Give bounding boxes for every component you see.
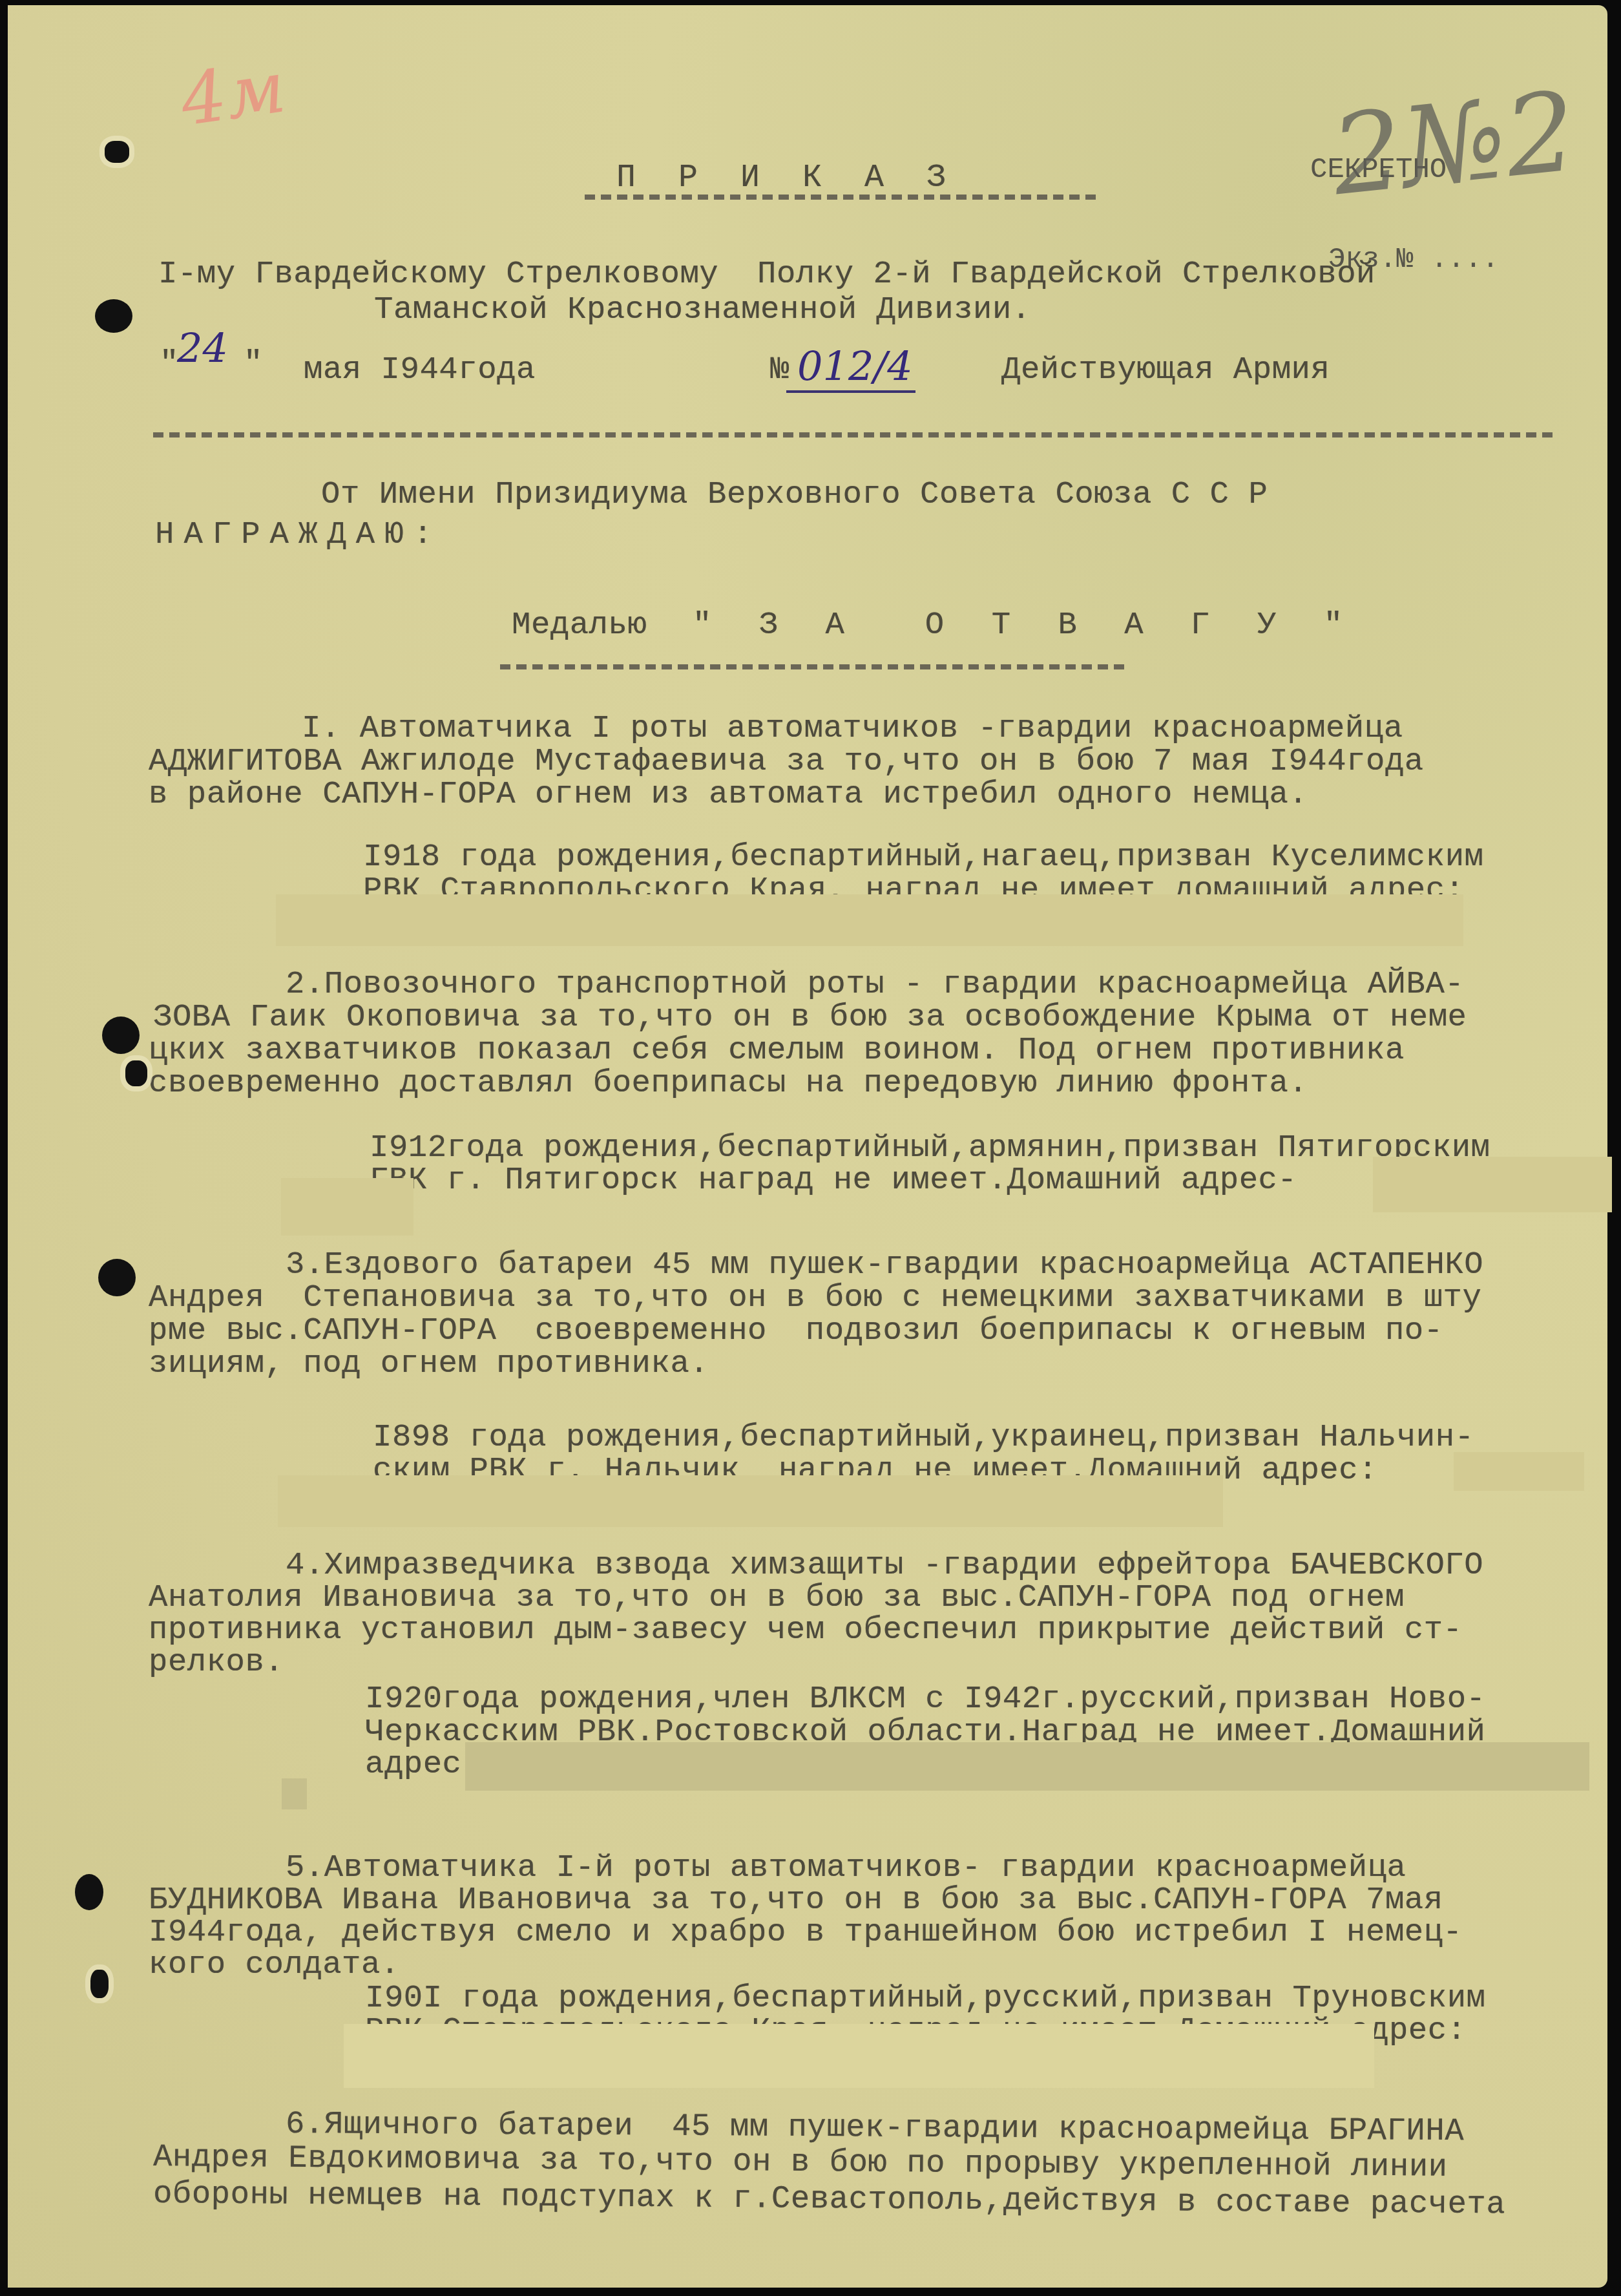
item-2-line-4: своевременно доставлял боеприпасы на пер… [149,1068,1308,1099]
item-2-bio-1: I912года рождения,беспартийный,армянин,п… [370,1132,1490,1164]
addressee-line-1: I-му Гвардейскому Стрелковому Полку 2-й … [158,258,1375,290]
punch-hole [75,1874,103,1910]
redacted-address-3b [1454,1452,1584,1491]
item-4-bio-3: адрес [365,1749,462,1780]
award-name: " З А О Т В А Г У " [693,609,1357,641]
punch-hole [125,1060,147,1086]
item-3-line-3: рме выс.САПУН-ГОРА своевременно подвозил… [149,1315,1443,1347]
item-3-line-1: 3.Ездового батареи 45 мм пушек-гвардии к… [286,1249,1483,1281]
document-title: ПРИКАЗ [616,162,988,195]
punch-hole [98,1259,136,1296]
redacted-address-4b [282,1778,307,1809]
redacted-address-1 [276,894,1463,946]
item-1-bio-1: I918 года рождения,беспартийный,нагаец,п… [363,841,1483,873]
header-divider [153,432,1555,437]
item-2-line-3: цких захватчиков показал себя смелым вои… [149,1035,1405,1066]
item-3-line-2: Андрея Степановича за то,что он в бою с … [149,1282,1481,1314]
punch-hole [95,299,132,333]
redacted-address-2a [281,1178,413,1236]
item-6-line-3: обороны немцев на подступах к г.Севастоп… [153,2178,1506,2220]
punch-hole [105,141,129,163]
item-5-bio-1: I90I года рождения,беспартийный,русский,… [365,1983,1485,2014]
item-4-line-2: Анатолия Ивановича за то,что он в бою за… [149,1582,1405,1614]
item-1-line-3: в районе САПУН-ГОРА огнем из автомата ис… [149,779,1308,810]
item-2-line-1: 2.Повозочного транспортной роты - гварди… [286,969,1464,1000]
award-prefix: Медалью [512,609,647,641]
item-4-bio-1: I920года рождения,член ВЛКСМ с I942г.рус… [365,1683,1485,1715]
award-underline [500,664,1128,669]
red-pencil-mark: 4м [176,51,289,136]
item-4-line-4: релков. [149,1647,284,1678]
item-5-line-4: кого солдата. [149,1949,400,1981]
date-quote-open: " [160,348,179,379]
punch-hole [90,1970,109,1998]
item-4-line-1: 4.Химразведчика взвода химзащиты -гварди… [286,1550,1483,1581]
award-verb: НАГРАЖДАЮ: [155,519,442,551]
item-2-bio-2: ГВК г. Пятигорск наград не имеет.Домашни… [370,1164,1297,1196]
item-5-line-2: БУДНИКОВА Ивана Ивановича за то,что он в… [149,1884,1443,1916]
redacted-address-2b [1373,1157,1612,1212]
item-3-bio-1: I898 года рождения,беспартийный,украинец… [373,1422,1474,1453]
document-page: 4м СЕКРЕТНО Экз.№ .... 2№2 ПРИКАЗ I-му Г… [8,5,1607,2288]
title-underline [585,195,1102,200]
redacted-address-3a [278,1475,1223,1527]
redacted-address-4a [465,1742,1589,1791]
addressee-line-2: Таманской Краснознаменной Дивизии. [374,294,1031,326]
preamble: От Имени Призидиума Верховного Совета Со… [321,479,1268,511]
item-2-line-2: ЗОВА Гаик Окоповича за то,что он в бою з… [153,1002,1467,1033]
date-quote-close: " [244,348,263,379]
item-4-line-3: противника установил дым-завесу чем обес… [149,1614,1463,1646]
item-3-line-4: зициям, под огнем противника. [149,1348,709,1380]
item-5-line-3: I944года, действуя смело и храбро в тран… [149,1917,1463,1948]
item-5-line-1: 5.Автоматчика I-й роты автоматчиков- гва… [286,1852,1406,1884]
redacted-address-5 [344,2024,1374,2088]
date-day-handwritten: 24 [177,328,228,368]
item-1-line-1: I. Автоматчика I роты автоматчиков -гвар… [302,713,1403,744]
date-month-year: мая I944года [304,354,536,386]
order-number-handwritten: 012/4 [797,346,913,386]
item-1-line-2: АДЖИГИТОВА Ажгилоде Мустафаевича за то,ч… [149,746,1424,777]
order-number-prefix: № [770,354,790,386]
location-label: Действующая Армия [1001,354,1330,386]
order-number-underline [786,390,915,393]
pencil-copy-number: 2№2 [1327,77,1581,211]
punch-hole [102,1016,140,1054]
